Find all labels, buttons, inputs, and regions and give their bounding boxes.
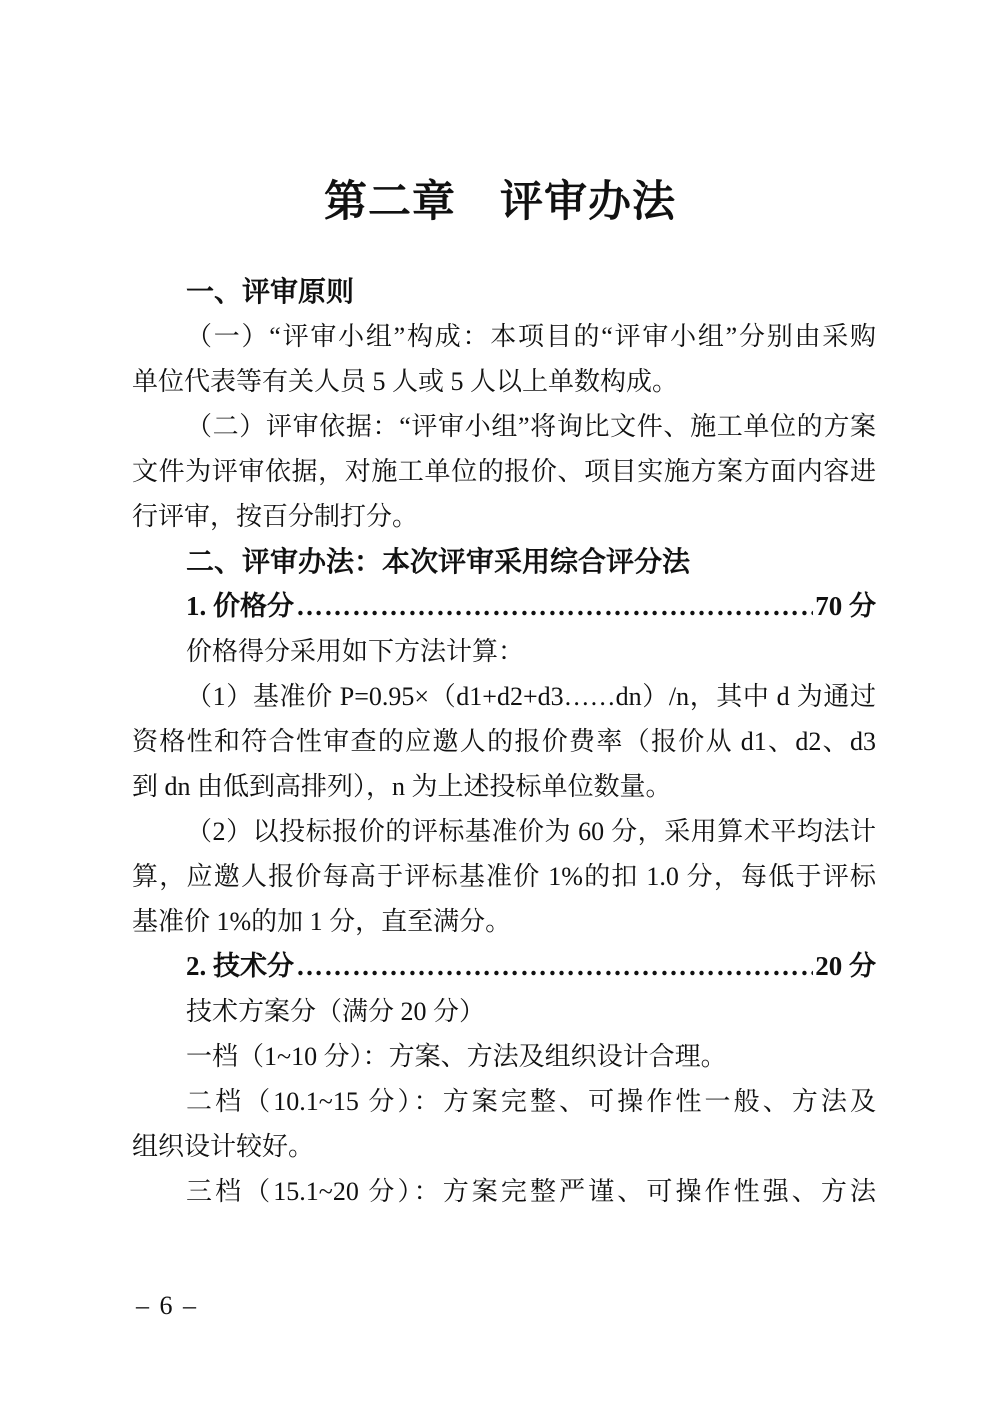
document-page: 第二章 评审办法 一、评审原则（一）“评审小组”构成：本项目的“评审小组”分别由… xyxy=(0,0,1000,1414)
paragraph-line: 价格得分采用如下方法计算： xyxy=(132,629,876,674)
paragraph-line: 资格性和符合性审查的应邀人的报价费率（报价从 d1、d2、d3 xyxy=(132,719,876,764)
paragraph-line: 技术方案分（满分 20 分） xyxy=(132,989,876,1034)
score-value: 20 分 xyxy=(815,944,876,989)
paragraph-line: 基准价 1%的加 1 分，直至满分。 xyxy=(132,899,876,944)
paragraph-line: 单位代表等有关人员 5 人或 5 人以上单数构成。 xyxy=(132,359,876,404)
score-line: 1. 价格分……………………………………………………………………………70 分 xyxy=(132,584,876,629)
score-value: 70 分 xyxy=(815,584,876,629)
paragraph-line: （1）基准价 P=0.95×（d1+d2+d3……dn）/n，其中 d 为通过 xyxy=(132,674,876,719)
paragraph-line: （2）以投标报价的评标基准价为 60 分，采用算术平均法计 xyxy=(132,809,876,854)
section-heading: 二、评审办法：本次评审采用综合评分法 xyxy=(132,539,876,584)
leader-dots: …………………………………………………………………………… xyxy=(296,584,813,629)
paragraph-line: （一）“评审小组”构成：本项目的“评审小组”分别由采购 xyxy=(132,314,876,359)
paragraph-line: 到 dn 由低到高排列），n 为上述投标单位数量。 xyxy=(132,764,876,809)
score-line: 2. 技术分……………………………………………………………………………20 分 xyxy=(132,944,876,989)
paragraph-line: 算，应邀人报价每高于评标基准价 1%的扣 1.0 分，每低于评标 xyxy=(132,854,876,899)
paragraph-line: 三档（15.1~20 分）：方案完整严谨、可操作性强、方法 xyxy=(132,1169,876,1214)
score-label: 2. 技术分 xyxy=(186,944,294,989)
page-number: – 6 – xyxy=(136,1291,198,1321)
chapter-title: 第二章 评审办法 xyxy=(0,176,1000,230)
paragraph-line: 一档（1~10 分）：方案、方法及组织设计合理。 xyxy=(132,1034,876,1079)
document-body: 一、评审原则（一）“评审小组”构成：本项目的“评审小组”分别由采购单位代表等有关… xyxy=(132,269,876,1214)
score-label: 1. 价格分 xyxy=(186,584,294,629)
section-heading: 一、评审原则 xyxy=(132,269,876,314)
paragraph-line: 二档（10.1~15 分）：方案完整、可操作性一般、方法及 xyxy=(132,1079,876,1124)
paragraph-line: 行评审，按百分制打分。 xyxy=(132,494,876,539)
paragraph-line: （二）评审依据：“评审小组”将询比文件、施工单位的方案 xyxy=(132,404,876,449)
paragraph-line: 文件为评审依据，对施工单位的报价、项目实施方案方面内容进 xyxy=(132,449,876,494)
paragraph-line: 组织设计较好。 xyxy=(132,1124,876,1169)
leader-dots: …………………………………………………………………………… xyxy=(296,944,813,989)
